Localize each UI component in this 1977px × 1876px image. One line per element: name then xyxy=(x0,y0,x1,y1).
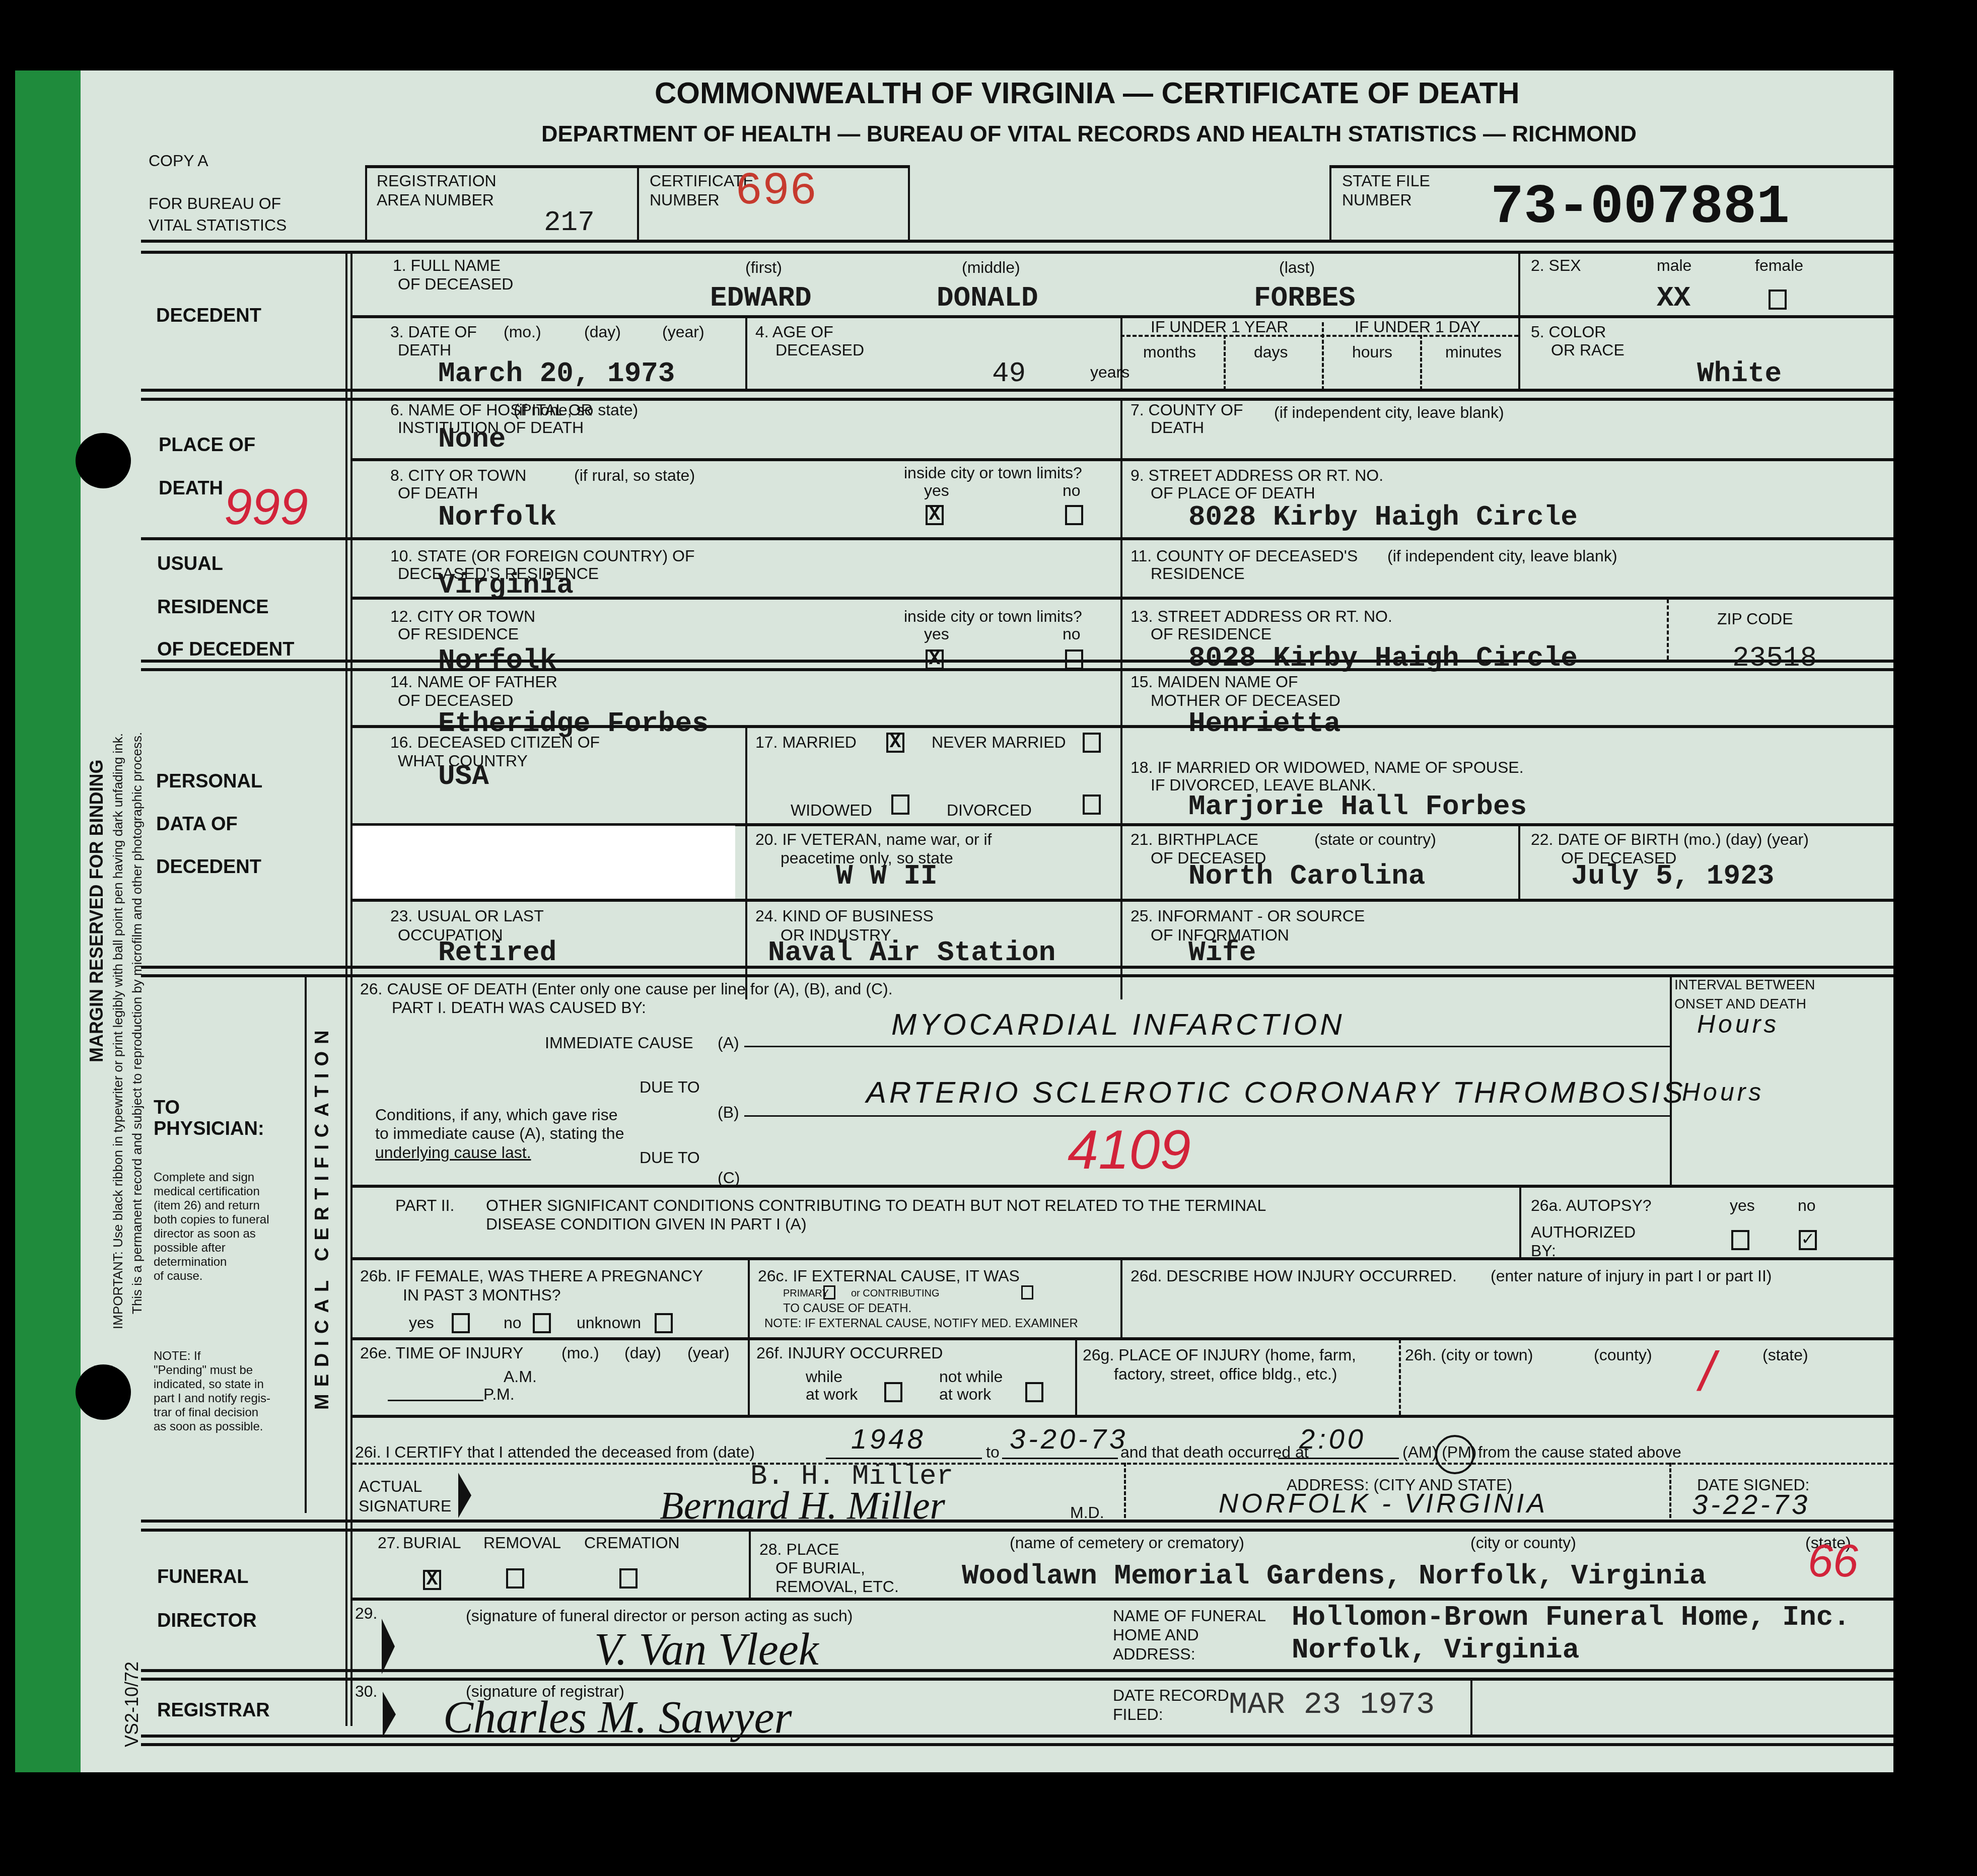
f13-label: 13. STREET ADDRESS OR RT. NO. xyxy=(1131,607,1392,626)
cause-b-label: (B) xyxy=(718,1103,739,1122)
home-label: NAME OF FUNERAL xyxy=(1113,1606,1266,1625)
conditions-3: underlying cause last. xyxy=(375,1143,531,1162)
f11-hint: (if independent city, leave blank) xyxy=(1387,546,1617,565)
cemetery-hint: (name of cemetery or crematory) xyxy=(1010,1533,1244,1552)
f27-label: 27. xyxy=(378,1533,400,1552)
f9-label: 9. STREET ADDRESS OR RT. NO. xyxy=(1131,466,1383,485)
section-physician: PHYSICIAN: xyxy=(154,1118,264,1140)
f26c-to-cause: TO CAUSE OF DEATH. xyxy=(783,1302,911,1316)
f13-label-2: OF RESIDENCE xyxy=(1151,624,1272,643)
widowed-checkbox[interactable] xyxy=(891,795,909,815)
cremation-checkbox[interactable] xyxy=(619,1568,638,1589)
f5-label: 5. COLOR xyxy=(1531,322,1606,341)
section-place-2: DEATH xyxy=(159,477,223,499)
page-subtitle: DEPARTMENT OF HEALTH — BUREAU OF VITAL R… xyxy=(541,121,1637,147)
f18-label: 18. IF MARRIED OR WIDOWED, NAME OF SPOUS… xyxy=(1131,758,1524,777)
state-code-red: 66 xyxy=(1808,1536,1858,1588)
external-contributing-checkbox[interactable] xyxy=(1021,1285,1033,1300)
punch-hole-bottom xyxy=(76,1364,131,1420)
punch-hole-top xyxy=(76,433,131,488)
f17-divorced-label: DIVORCED xyxy=(947,801,1032,820)
f21-hint: (state or country) xyxy=(1314,830,1436,849)
pm-label: P.M. xyxy=(483,1385,515,1404)
part2-text-2: DISEASE CONDITION GIVEN IN PART I (A) xyxy=(486,1214,807,1234)
f3-label: 3. DATE OF xyxy=(390,322,477,341)
registrar-arrow xyxy=(383,1692,396,1737)
margin-binding-text: MARGIN RESERVED FOR BINDING xyxy=(86,760,108,1062)
f29-label: 29. xyxy=(355,1604,377,1623)
physician-note: Complete and sign medical certification … xyxy=(154,1171,300,1283)
place-code-red: 999 xyxy=(224,478,308,536)
f26c-primary: PRIMARY xyxy=(783,1286,829,1301)
section-funeral: FUNERAL xyxy=(157,1566,249,1588)
city-county-hint: (city or county) xyxy=(1470,1533,1576,1552)
pm-circle xyxy=(1435,1435,1474,1474)
actual-signature-2: SIGNATURE xyxy=(359,1496,451,1516)
external-primary-checkbox[interactable] xyxy=(823,1285,835,1300)
f26c-note: NOTE: IF EXTERNAL CAUSE, NOTIFY MED. EXA… xyxy=(764,1317,1078,1331)
section-residence: RESIDENCE xyxy=(157,596,269,618)
f28-label: 28. PLACE xyxy=(759,1540,839,1559)
redacted-field-19 xyxy=(352,826,735,901)
burial-checkbox[interactable]: X xyxy=(423,1570,441,1590)
section-to: TO xyxy=(154,1097,180,1119)
f14-label: 14. NAME OF FATHER xyxy=(390,672,557,691)
under-1-year: IF UNDER 1 YEAR xyxy=(1151,317,1288,336)
f26c-contributing: or CONTRIBUTING xyxy=(851,1286,940,1301)
cause-code-red: 4109 xyxy=(1068,1118,1191,1182)
pregnancy-yes-label: yes xyxy=(409,1313,434,1332)
certificate-label-2: NUMBER xyxy=(650,190,720,209)
part2-text: OTHER SIGNIFICANT CONDITIONS CONTRIBUTIN… xyxy=(486,1196,1266,1215)
section-director: DIRECTOR xyxy=(157,1610,257,1632)
color-or-race[interactable]: White xyxy=(1697,357,1782,390)
months-label: months xyxy=(1143,342,1196,362)
f22-label: 22. DATE OF BIRTH (mo.) (day) (year) xyxy=(1531,830,1809,849)
registration-label-2: AREA NUMBER xyxy=(377,190,494,209)
attended-to-date[interactable]: 3-20-73 xyxy=(1010,1422,1128,1455)
filed-label-2: FILED: xyxy=(1113,1705,1163,1724)
funeral-home-name[interactable]: Hollomon-Brown Funeral Home, Inc. xyxy=(1292,1601,1850,1633)
decedent-last-name[interactable]: FORBES xyxy=(1254,282,1356,314)
f3-label-2: DEATH xyxy=(398,340,451,359)
f3-day: (day) xyxy=(584,322,621,341)
f3-mo: (mo.) xyxy=(504,322,541,341)
f7-label-2: DEATH xyxy=(1151,418,1204,437)
f25-label: 25. INFORMANT - OR SOURCE xyxy=(1131,906,1365,925)
informant[interactable]: Wife xyxy=(1188,936,1256,969)
section-usual: USUAL xyxy=(157,553,223,575)
f1-label-2: OF DECEASED xyxy=(398,274,513,294)
date-signed[interactable]: 3-22-73 xyxy=(1692,1488,1810,1521)
state-file-label: STATE FILE xyxy=(1342,171,1430,190)
time-of-death[interactable]: 2:00 xyxy=(1299,1422,1366,1455)
married-checkbox[interactable]: X xyxy=(886,733,904,753)
burial-place[interactable]: Woodlawn Memorial Gardens, Norfolk, Virg… xyxy=(962,1560,1707,1592)
pregnancy-unknown-checkbox[interactable] xyxy=(655,1313,673,1333)
filed-label: DATE RECORD xyxy=(1113,1686,1229,1705)
f23-label: 23. USUAL OR LAST xyxy=(390,906,544,925)
interval-label-2: ONSET AND DEATH xyxy=(1674,997,1806,1011)
city-of-death[interactable]: Norfolk xyxy=(438,501,556,533)
not-while-1: not while xyxy=(939,1367,1003,1386)
f26e-mo: (mo.) xyxy=(561,1343,599,1362)
under-1-day: IF UNDER 1 DAY xyxy=(1355,317,1480,336)
interval-label: INTERVAL BETWEEN xyxy=(1674,978,1815,992)
f1-first-label: (first) xyxy=(745,258,782,277)
f2-male-label: male xyxy=(1657,256,1691,275)
veteran-war[interactable]: W W II xyxy=(836,860,938,892)
conditions-2: to immediate cause (A), stating the xyxy=(375,1124,624,1143)
f8-inside-yes-checkbox[interactable]: X xyxy=(926,505,944,525)
while-at-work-1: while xyxy=(806,1367,842,1386)
f10-label: 10. STATE (OR FOREIGN COUNTRY) OF xyxy=(390,546,694,565)
form-code: VS2-10/72 xyxy=(121,1662,143,1747)
certificate-number: 696 xyxy=(735,166,817,218)
date-of-death[interactable]: March 20, 1973 xyxy=(438,357,675,390)
interval-b-value[interactable]: Hours xyxy=(1682,1077,1764,1107)
certify-to: to xyxy=(986,1442,1000,1462)
section-personal: PERSONAL xyxy=(156,770,262,792)
decedent-middle-name[interactable]: DONALD xyxy=(937,282,1038,314)
divorced-checkbox[interactable] xyxy=(1083,795,1101,815)
f30-label: 30. xyxy=(355,1682,377,1701)
autopsy-no-checkbox[interactable]: ✓ xyxy=(1799,1230,1817,1250)
removal-checkbox[interactable] xyxy=(506,1568,524,1589)
f26h-state: (state) xyxy=(1762,1345,1808,1364)
due-to-1: DUE TO xyxy=(640,1077,700,1097)
pregnancy-yes-checkbox[interactable] xyxy=(452,1313,470,1333)
actual-signature-1: ACTUAL xyxy=(359,1477,422,1496)
f26d-label: 26d. DESCRIBE HOW INJURY OCCURRED. xyxy=(1131,1266,1457,1285)
f6-hint: (if none, so state) xyxy=(514,400,638,419)
f26d-hint: (enter nature of injury in part I or par… xyxy=(1491,1266,1772,1285)
zip-label: ZIP CODE xyxy=(1717,609,1793,628)
f26h-label: 26h. (city or town) xyxy=(1405,1345,1533,1364)
f26g-label: 26g. PLACE OF INJURY (home, farm, xyxy=(1083,1345,1356,1364)
funeral-sig-hint: (signature of funeral director or person… xyxy=(466,1606,853,1625)
signature-arrow xyxy=(458,1473,471,1518)
due-to-2: DUE TO xyxy=(640,1148,700,1167)
conditions-1: Conditions, if any, which gave rise xyxy=(375,1105,617,1124)
date-of-birth[interactable]: July 5, 1923 xyxy=(1571,860,1774,892)
autopsy-yes-label: yes xyxy=(1730,1196,1755,1215)
cause-label: 26. CAUSE OF DEATH (Enter only one cause… xyxy=(360,979,893,998)
certify-text: 26i. I CERTIFY that I attended the decea… xyxy=(355,1442,755,1462)
green-binding-strip xyxy=(15,70,81,1772)
cause-a-label: (A) xyxy=(718,1033,739,1052)
citizen-country[interactable]: USA xyxy=(438,760,489,792)
section-of-decedent: OF DECEDENT xyxy=(157,638,294,661)
certificate-paper xyxy=(15,70,1893,1772)
pregnancy-unknown-label: unknown xyxy=(577,1313,641,1332)
burial-label: BURIAL xyxy=(403,1533,461,1552)
occupation[interactable]: Retired xyxy=(438,936,556,969)
funeral-director-signature[interactable]: V. Van Vleek xyxy=(594,1624,819,1676)
f4-label-2: DECEASED xyxy=(775,340,864,359)
f8-no: no xyxy=(1063,481,1081,500)
margin-important-text: IMPORTANT: Use black ribbon in typewrite… xyxy=(111,733,125,1329)
cause-b-value[interactable]: ARTERIO SCLEROTIC CORONARY THROMBOSIS xyxy=(866,1075,1686,1110)
f1-last-label: (last) xyxy=(1279,258,1315,277)
f24-label: 24. KIND OF BUSINESS xyxy=(755,906,934,925)
f17-widowed-label: WIDOWED xyxy=(791,801,872,820)
street-of-death[interactable]: 8028 Kirby Haigh Circle xyxy=(1188,501,1578,533)
registration-label: REGISTRATION xyxy=(377,171,497,190)
not-while-2: at work xyxy=(939,1385,991,1404)
copy-for: FOR BUREAU OF xyxy=(149,194,281,213)
decedent-first-name[interactable]: EDWARD xyxy=(710,282,812,314)
f8-inside-no-checkbox[interactable] xyxy=(1065,505,1083,525)
f12-label: 12. CITY OR TOWN xyxy=(390,607,535,626)
f26f-label: 26f. INJURY OCCURRED xyxy=(756,1343,943,1362)
am-label: A.M. xyxy=(504,1367,537,1386)
registration-area-number: 217 xyxy=(544,206,595,239)
funeral-home-address[interactable]: Norfolk, Virginia xyxy=(1292,1634,1579,1666)
f26c-label: 26c. IF EXTERNAL CAUSE, IT WAS xyxy=(758,1266,1020,1285)
section-decedent: DECEDENT xyxy=(156,305,261,327)
f26h-county: (county) xyxy=(1594,1345,1652,1364)
f4-label: 4. AGE OF xyxy=(755,322,833,341)
f1-label: 1. FULL NAME xyxy=(393,256,501,275)
f7-hint: (if independent city, leave blank) xyxy=(1274,403,1504,422)
autopsy-yes-checkbox[interactable] xyxy=(1731,1230,1749,1250)
copy-vital: VITAL STATISTICS xyxy=(149,215,287,235)
pending-note: NOTE: If "Pending" must be indicated, so… xyxy=(154,1349,300,1434)
minutes-label: minutes xyxy=(1445,342,1502,362)
page-title: COMMONWEALTH OF VIRGINIA — CERTIFICATE O… xyxy=(655,76,1520,110)
section-personal-decedent: DECEDENT xyxy=(156,856,261,878)
autopsy-authorized: AUTHORIZED xyxy=(1531,1222,1636,1242)
cremation-label: CREMATION xyxy=(584,1533,680,1552)
days-label: days xyxy=(1254,342,1288,362)
f1-middle-label: (middle) xyxy=(962,258,1020,277)
hours-label: hours xyxy=(1352,342,1392,362)
f8-label-2: OF DEATH xyxy=(398,483,478,502)
f26e-year: (year) xyxy=(687,1343,730,1362)
birthplace[interactable]: North Carolina xyxy=(1188,860,1425,892)
f28-label-3: REMOVAL, ETC. xyxy=(775,1577,899,1596)
f4-years: years xyxy=(1090,363,1129,382)
f15-label: 15. MAIDEN NAME OF xyxy=(1131,672,1298,691)
autopsy-no-label: no xyxy=(1798,1196,1816,1215)
f26e-day: (day) xyxy=(624,1343,661,1362)
f8-yes: yes xyxy=(924,481,949,500)
removal-label: REMOVAL xyxy=(483,1533,561,1552)
sex-female-checkbox[interactable] xyxy=(1769,290,1787,310)
sex-male-checkbox[interactable]: XX xyxy=(1657,282,1690,314)
while-at-work-checkbox[interactable] xyxy=(884,1382,902,1402)
state-file-label-2: NUMBER xyxy=(1342,190,1412,209)
f12-limits: inside city or town limits? xyxy=(904,607,1082,626)
not-while-at-work-checkbox[interactable] xyxy=(1025,1382,1043,1402)
interval-a-value[interactable]: Hours xyxy=(1697,1009,1779,1039)
f9-label-2: OF PLACE OF DEATH xyxy=(1151,483,1315,502)
f12-yes: yes xyxy=(924,624,949,643)
funeral-arrow xyxy=(382,1619,395,1674)
f2-female-label: female xyxy=(1755,256,1803,275)
section-place-1: PLACE OF xyxy=(159,434,255,456)
spouse-name[interactable]: Marjorie Hall Forbes xyxy=(1188,790,1527,823)
certify-after: from the cause stated above xyxy=(1478,1442,1681,1462)
f11-label-2: RESIDENCE xyxy=(1151,564,1245,583)
f21-label: 21. BIRTHPLACE xyxy=(1131,830,1258,849)
physician-address[interactable]: NORFOLK - VIRGINIA xyxy=(1219,1488,1548,1519)
immediate-cause-label: IMMEDIATE CAUSE xyxy=(545,1033,693,1052)
copy-a: COPY A xyxy=(149,151,208,170)
cause-part1-label: PART I. DEATH WAS CAUSED BY: xyxy=(392,998,646,1017)
mother-maiden-name[interactable]: Henrietta xyxy=(1188,707,1340,740)
f3-year: (year) xyxy=(662,322,704,341)
f11-label: 11. COUNTY OF DECEASED'S xyxy=(1131,546,1358,565)
f20-label: 20. IF VETERAN, name war, or if xyxy=(755,830,992,849)
f28-label-2: OF BURIAL, xyxy=(775,1558,865,1577)
f26g-label-2: factory, street, office bldg., etc.) xyxy=(1114,1364,1337,1384)
autopsy-label: 26a. AUTOPSY? xyxy=(1531,1196,1652,1215)
f2-label: 2. SEX xyxy=(1531,256,1581,275)
pregnancy-no-label: no xyxy=(504,1313,522,1332)
red-slash-mark: / xyxy=(1700,1339,1715,1403)
f12-label-2: OF RESIDENCE xyxy=(398,624,519,643)
f8-label: 8. CITY OR TOWN xyxy=(390,466,526,485)
pregnancy-no-checkbox[interactable] xyxy=(533,1313,551,1333)
f17-married-label: 17. MARRIED xyxy=(755,733,857,752)
never-married-checkbox[interactable] xyxy=(1083,733,1101,753)
f5-label-2: OR RACE xyxy=(1551,340,1625,359)
f12-no: no xyxy=(1063,624,1081,643)
f26e-label: 26e. TIME OF INJURY xyxy=(360,1343,523,1362)
while-at-work-2: at work xyxy=(806,1385,858,1404)
immediate-cause-value[interactable]: MYOCARDIAL INFARCTION xyxy=(891,1007,1345,1042)
f17-never-label: NEVER MARRIED xyxy=(932,733,1066,752)
age-of-deceased[interactable]: 49 xyxy=(992,357,1026,390)
state-file-number: 73-007881 xyxy=(1491,176,1790,239)
date-record-filed[interactable]: MAR 23 1973 xyxy=(1229,1687,1435,1722)
section-data-of: DATA OF xyxy=(156,813,238,835)
attended-from-date[interactable]: 1948 xyxy=(851,1422,926,1455)
section-medical-certification: MEDICAL CERTIFICATION xyxy=(311,1023,333,1410)
f26b-label: 26b. IF FEMALE, WAS THERE A PREGNANCY xyxy=(360,1266,703,1285)
f8-limits: inside city or town limits? xyxy=(904,463,1082,482)
f26b-label-2: IN PAST 3 MONTHS? xyxy=(403,1285,561,1305)
hospital-name[interactable]: None xyxy=(438,423,506,455)
margin-permanent-text: This is a permanent record and subject t… xyxy=(130,732,144,1314)
home-label-3: ADDRESS: xyxy=(1113,1644,1195,1664)
section-registrar: REGISTRAR xyxy=(157,1699,270,1721)
part2-label: PART II. xyxy=(395,1196,454,1215)
f7-label: 7. COUNTY OF xyxy=(1131,400,1243,419)
f16-label: 16. DECEASED CITIZEN OF xyxy=(390,733,600,752)
f8-hint: (if rural, so state) xyxy=(574,466,695,485)
home-label-2: HOME AND xyxy=(1113,1625,1199,1644)
business-industry[interactable]: Naval Air Station xyxy=(768,936,1055,969)
